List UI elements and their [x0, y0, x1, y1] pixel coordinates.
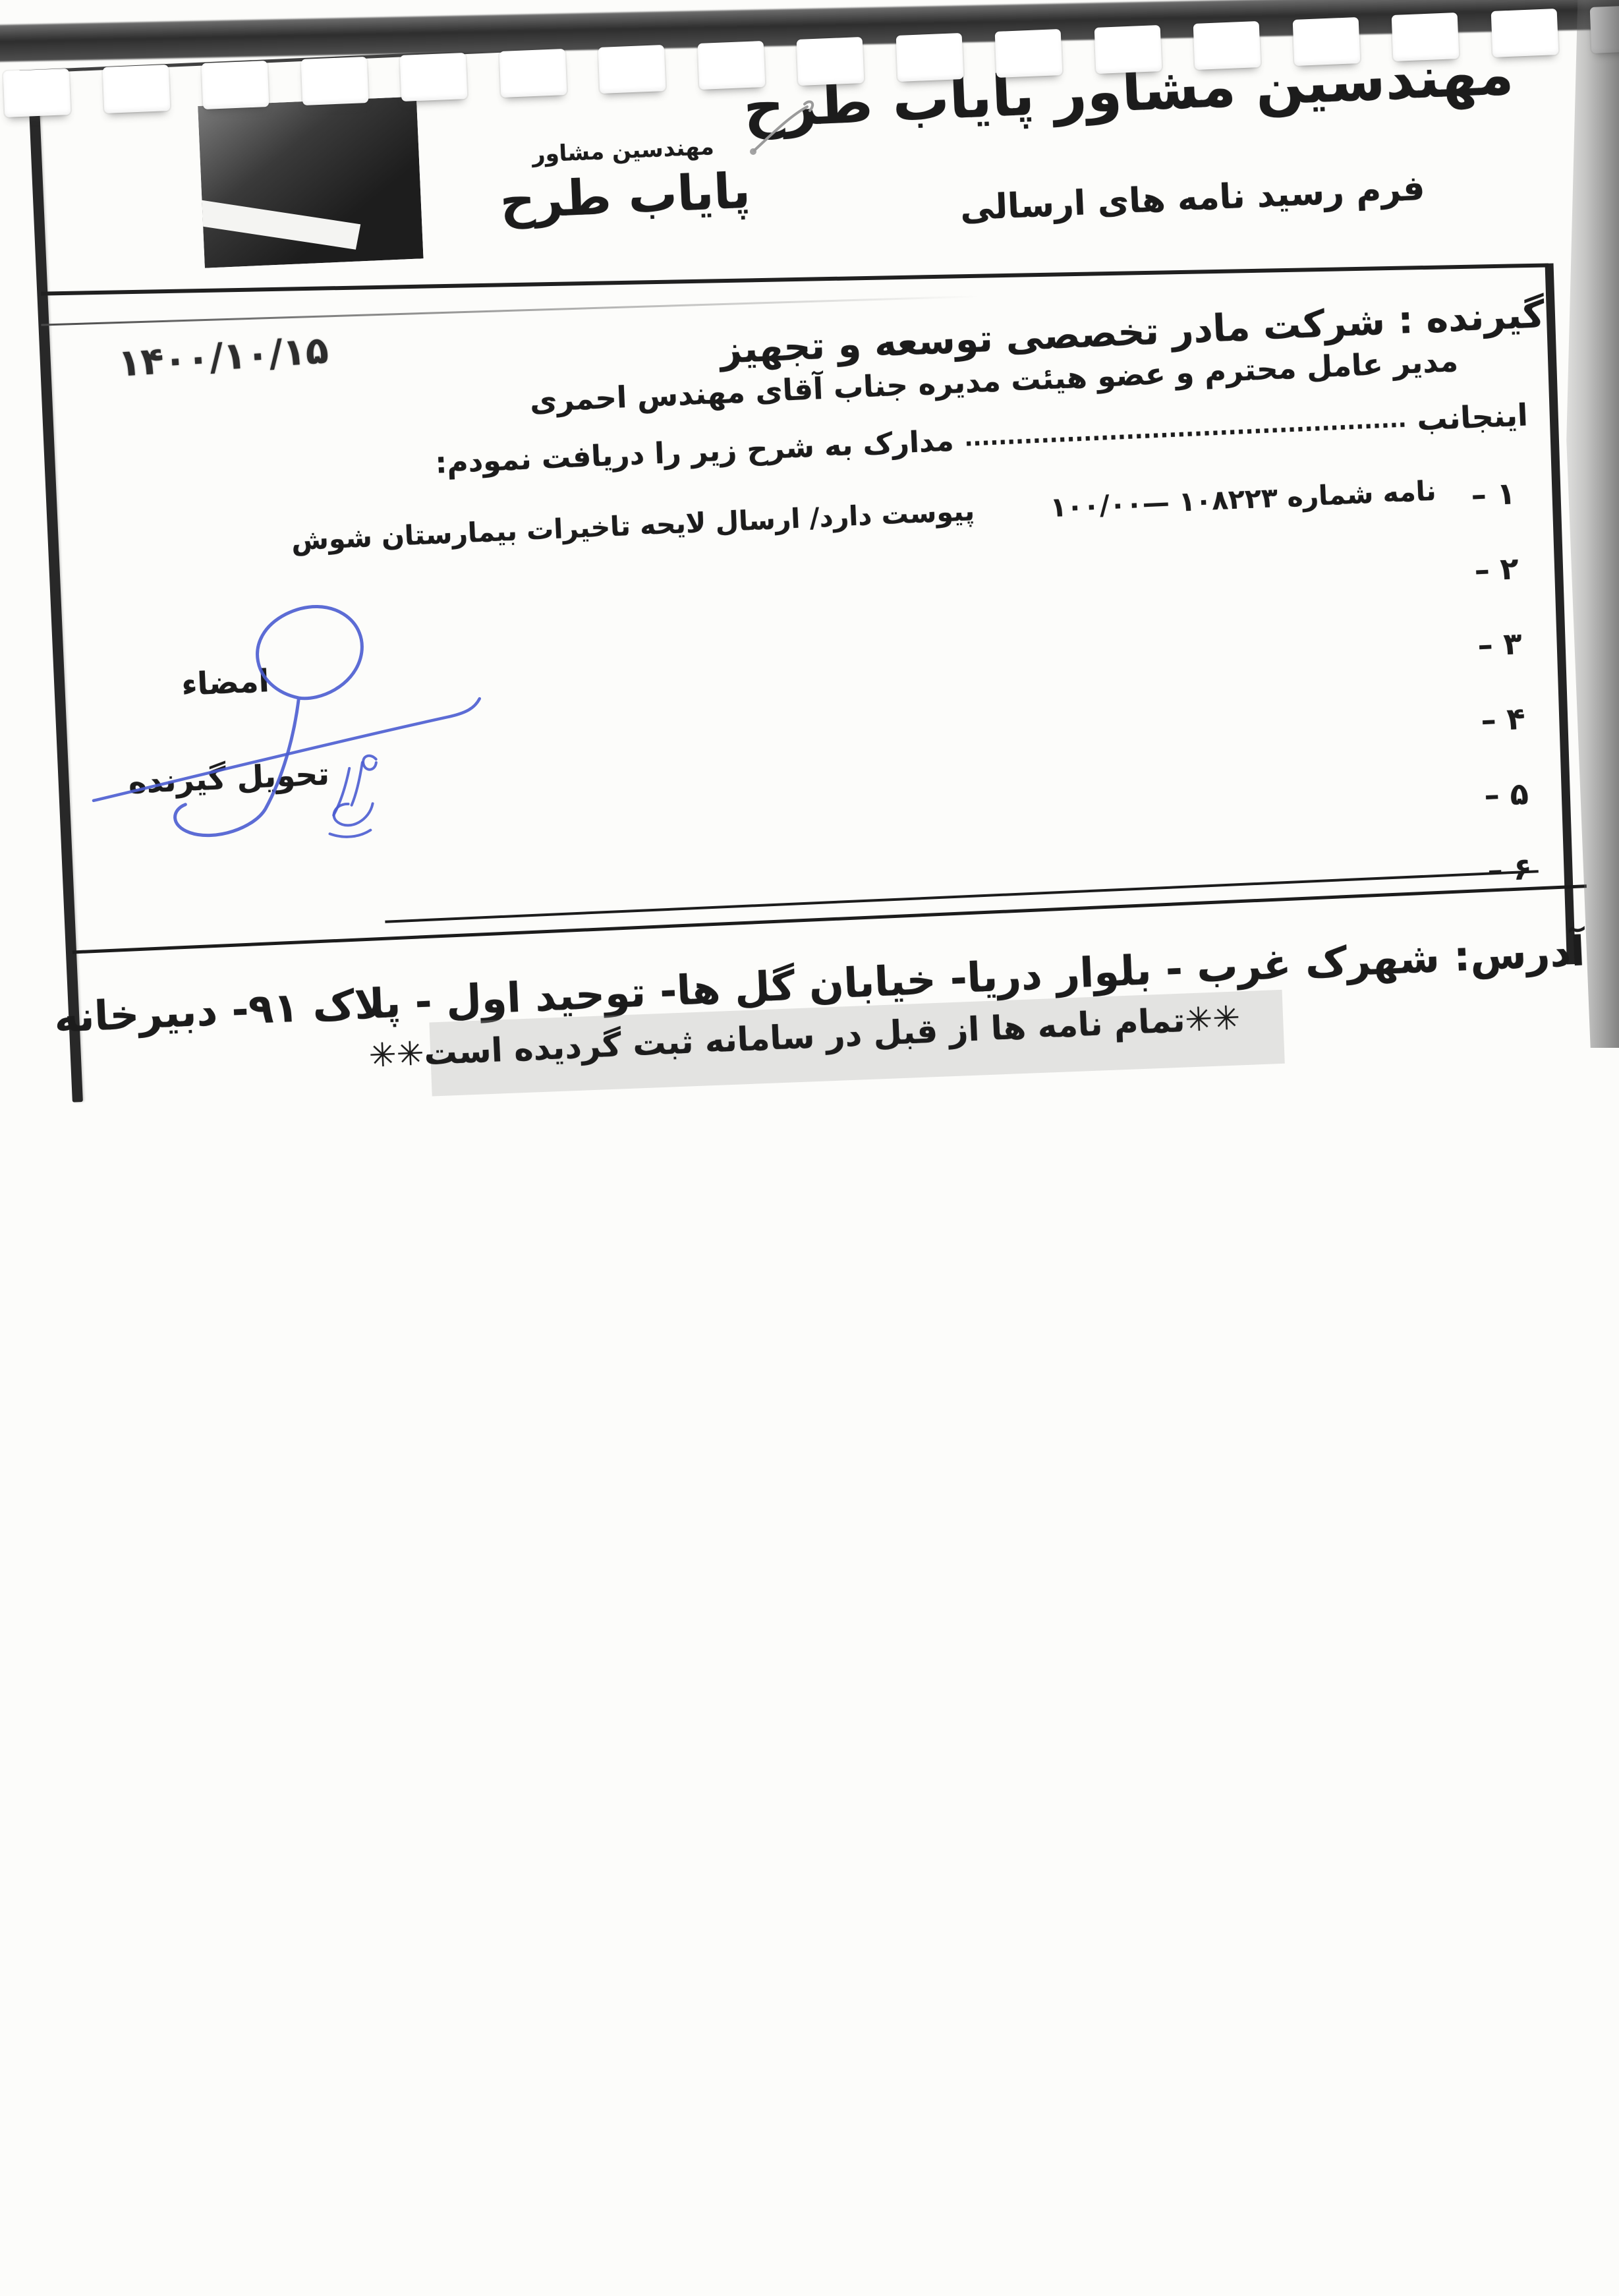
handwritten-name-stroke: [331, 768, 351, 815]
fill-in-dots: ........................................…: [964, 406, 1407, 451]
binding-hole: [1491, 9, 1558, 57]
handwritten-signature: [75, 570, 515, 872]
pen-tick-mark: [748, 92, 834, 165]
item-1-letter-ref: نامه شماره ۱۰۸۲۲۳ —۱۰۰/۰۰: [1050, 475, 1437, 524]
binding-hole: [1590, 5, 1619, 53]
item-number-4: ۴ –: [1452, 701, 1526, 739]
handwritten-name-underline: [329, 830, 370, 838]
form-sheet: مهندسین مشاور پایاب طرح مهندسین مشاور پا…: [0, 7, 1619, 1158]
item-number-1: ۱ –: [1442, 475, 1516, 514]
binding-hole: [995, 29, 1063, 78]
binding-hole: [400, 53, 468, 101]
handwritten-name-stroke: [350, 762, 364, 805]
binding-hole: [102, 65, 170, 113]
binding-hole: [499, 49, 567, 98]
item-number-2: ۲ –: [1446, 550, 1520, 589]
form-right-border: [1545, 264, 1576, 965]
binding-hole: [1193, 21, 1261, 70]
signature-long-stroke: [90, 699, 483, 801]
binding-hole: [300, 57, 368, 105]
item-number-3: ۳ –: [1449, 625, 1523, 664]
date-stamp: ۱۴۰۰/۱۰/۱۵: [117, 328, 330, 386]
binding-hole: [895, 33, 963, 82]
binding-hole: [1094, 25, 1162, 74]
received-statement: مدارک به شرح زیر را دریافت نمودم:: [435, 424, 955, 480]
handwritten-name-stroke: [363, 755, 377, 770]
binding-hole: [1292, 17, 1360, 66]
binding-hole: [697, 41, 765, 90]
binding-hole: [202, 61, 270, 109]
item-1-entry: نامه شماره ۱۰۸۲۲۳ —۱۰۰/۰۰پیوست دارد/ ارس…: [291, 475, 1436, 557]
binding-hole: [3, 69, 71, 117]
binding-hole: [1392, 13, 1460, 61]
binding-hole: [598, 45, 666, 94]
company-logo-icon: [198, 96, 423, 268]
item-number-6: ۶ –: [1458, 851, 1532, 890]
binding-hole: [797, 37, 865, 86]
item-number-5: ۵ –: [1455, 776, 1529, 815]
scanned-receipt-page: { "header": { "company_title": "مهندسین …: [0, 0, 1619, 2296]
handwritten-name-stroke: [333, 803, 374, 826]
header-separator-line: [41, 263, 1548, 295]
undersigned-label: اینجانب: [1416, 397, 1528, 437]
item-1-description: پیوست دارد/ ارسال لایحه تاخیرات بیمارستا…: [291, 495, 975, 556]
form-title: فرم رسید نامه های ارسالی: [764, 160, 1619, 237]
